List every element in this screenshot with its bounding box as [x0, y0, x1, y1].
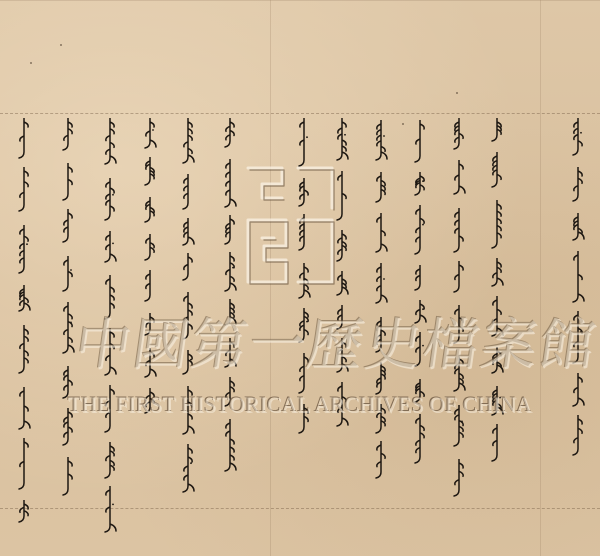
watermark-char: 國 — [129, 318, 195, 374]
manchu-word — [17, 387, 31, 431]
manchu-word — [571, 415, 585, 457]
watermark-char: 案 — [477, 318, 543, 374]
manchu-word — [490, 258, 504, 288]
manchu-word — [374, 213, 388, 254]
manchu-word — [223, 215, 237, 246]
manuscript-page: 中 國 第 一 歷 史 檔 案 館 THE FIRST HISTORICAL A… — [0, 0, 600, 556]
manchu-word — [17, 225, 31, 275]
manchu-word — [17, 285, 31, 313]
watermark-char: 檔 — [419, 318, 485, 374]
manchu-word — [452, 160, 466, 196]
manchu-word — [61, 163, 75, 202]
manchu-word — [413, 265, 427, 292]
top-border-rule — [0, 113, 600, 114]
fold-line — [540, 0, 541, 556]
manchu-word — [143, 270, 157, 303]
manchu-word — [17, 325, 31, 375]
manchu-word — [143, 118, 157, 150]
manchu-word — [61, 302, 75, 355]
manchu-word — [571, 118, 585, 157]
manchu-word — [61, 209, 75, 244]
manchu-word — [181, 118, 195, 165]
manchu-word — [452, 118, 466, 151]
top-edge-rule — [0, 0, 600, 1]
manchu-word — [413, 414, 427, 465]
manchu-word — [61, 118, 75, 152]
manchu-word — [571, 167, 585, 203]
manchu-word — [374, 441, 388, 480]
archives-seal-icon — [242, 150, 338, 290]
manchu-word — [103, 231, 117, 264]
manchu-word — [452, 459, 466, 498]
watermark-char: 第 — [187, 318, 253, 374]
ink-speck — [402, 123, 404, 125]
manchu-word — [490, 118, 504, 143]
manchu-word — [181, 174, 195, 211]
manchu-word — [374, 172, 388, 204]
manchu-word — [490, 200, 504, 250]
manchu-word — [490, 152, 504, 189]
watermark-char: 歷 — [303, 318, 369, 374]
watermark-char: 一 — [245, 318, 311, 374]
watermark-chinese-title: 中 國 第 一 歷 史 檔 案 館 — [75, 318, 545, 374]
manchu-word — [223, 252, 237, 293]
manchu-word — [413, 172, 427, 197]
manchu-word — [181, 253, 195, 282]
watermark-char: 中 — [71, 318, 137, 374]
manchu-word — [61, 457, 75, 497]
manchu-word — [571, 373, 585, 408]
ink-speck — [30, 62, 32, 64]
manchu-word — [17, 167, 31, 213]
manchu-word — [61, 256, 75, 293]
manchu-word — [143, 157, 157, 187]
manchu-word — [374, 120, 388, 162]
manchu-word — [103, 442, 117, 480]
manchu-word — [103, 486, 117, 534]
watermark-english-title: THE FIRST HISTORICAL ARCHIVES OF CHINA — [68, 394, 529, 416]
bottom-border-rule — [0, 508, 600, 509]
manchu-word — [223, 159, 237, 209]
manchu-word — [143, 234, 157, 262]
manchu-word — [17, 118, 31, 160]
watermark-char: 館 — [535, 318, 600, 374]
manchu-word — [490, 424, 504, 463]
manchu-word — [103, 118, 117, 166]
manchu-word — [452, 261, 466, 294]
manchu-word — [143, 197, 157, 224]
manchu-word — [413, 120, 427, 164]
manchu-word — [17, 438, 31, 491]
manchu-word — [571, 251, 585, 304]
manchu-word — [374, 263, 388, 305]
ink-speck — [60, 44, 62, 46]
manchu-word — [223, 118, 237, 149]
manchu-word — [571, 213, 585, 242]
manchu-word — [452, 208, 466, 254]
manchu-word — [223, 419, 237, 473]
ink-speck — [456, 92, 458, 94]
manchu-word — [413, 205, 427, 256]
manchu-word — [17, 500, 31, 524]
manchu-word — [181, 444, 195, 494]
manchu-word — [103, 178, 117, 222]
watermark-char: 史 — [361, 318, 427, 374]
manchu-word — [181, 218, 195, 247]
